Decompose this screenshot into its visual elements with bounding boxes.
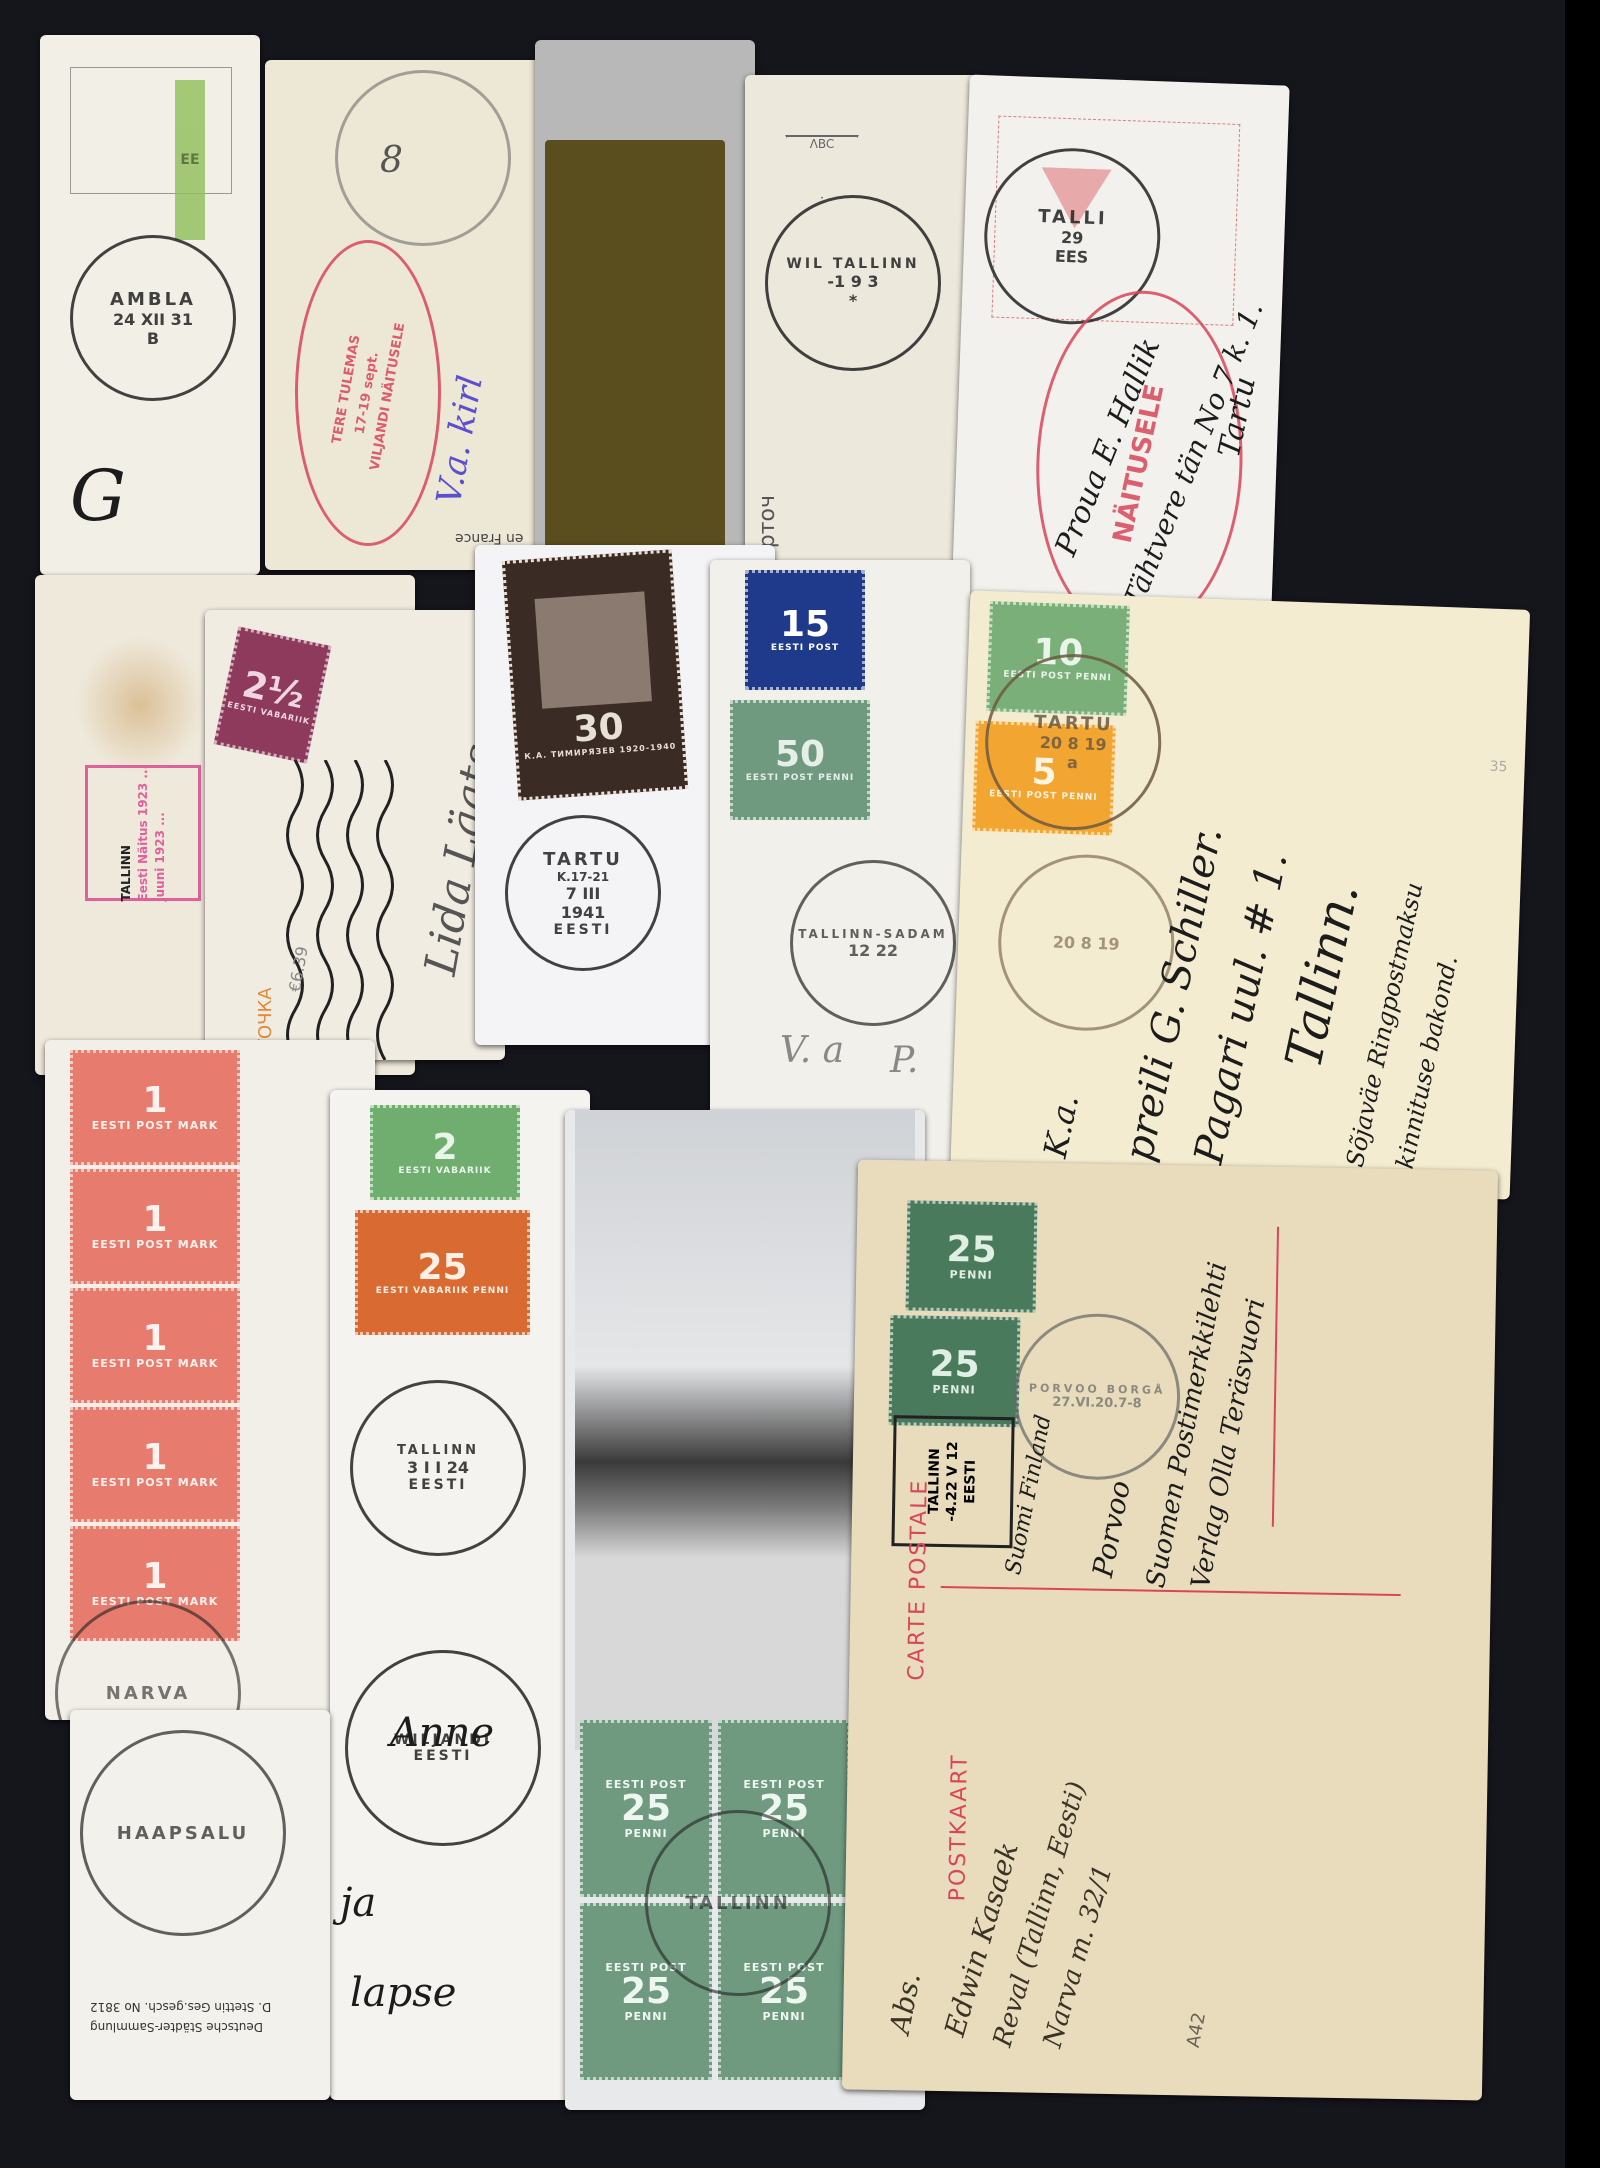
stamp-25-penni-1: 25 PENNI [906,1200,1038,1312]
address-line-porvoo: Porvoo [1086,1478,1137,1580]
pencil-a42: A42 [1183,2011,1210,2050]
address-rule-vertical [1272,1227,1279,1527]
pencil-p: P. [890,1040,918,1081]
postcard-haapsalu-print: HAAPSALU Deutsche Städter-Sammlung D. St… [70,1710,330,2100]
postmark-tallinn-sadam: TALLINN-SADAM 12 22 [790,860,956,1026]
machine-cancel-wavy [285,760,425,1060]
stamp-strip: 1EESTI POST MARK1EESTI POST MARK1EESTI P… [70,1050,240,1645]
postmark-faded [335,70,511,246]
stamp-1-mark: 1EESTI POST MARK [70,1050,240,1165]
address-ka: K.a. [1036,1091,1086,1161]
postmark-tallinn-1924: TALLINN 3 I I 24 EESTI [350,1380,526,1556]
stamp-timiryazev: 30 К.А. ТИМИРЯЗЕВ 1920-1940 [502,549,688,800]
stamp-25-penni-2: 25 PENNI [889,1315,1021,1427]
stamp-remnant: EE [175,80,205,240]
postcard-tartu-naitusele: TALLI 29 EES NÄITUSELE Proua E. Hallik T… [950,75,1289,646]
postcard-lida-laats: 2½ EESTI VABARIIK Lida Läats ТОЧКА €6.39 [205,610,505,1060]
postcard-postkaart: 25 PENNI 25 PENNI TALLINN -4.22 V 12 EES… [842,1159,1498,2100]
postmark-tartu-1941: TARTU K.17-21 7 III 1941 EESTI [505,815,661,971]
postmark-tallinn-block: TALLINN [645,1810,831,1996]
boxed-cachet-pink: TALLINN Eesti Näitus 1923 ... juuni 1923… [85,765,201,901]
postcard-schiller: 10 EESTI POST PENNI 5 EESTI POST PENNI T… [950,590,1530,1199]
handwriting-8: 8 [380,140,403,181]
olive-panel [545,140,725,600]
printed-carte-postale: CARTE POSTALE [904,1478,933,1680]
stamp-box-outline [70,67,232,194]
stamp-2-green: 2 EESTI VABARIIK [370,1105,520,1200]
handwriting-lapse: lapse [350,1970,456,2016]
handwriting-anne: Anne [390,1710,494,1756]
postmark-haapsalu: HAAPSALU [80,1730,286,1936]
handwriting: G [70,455,126,537]
handwriting-ja: ja [340,1880,376,1926]
pencil-va: V. a [780,1030,844,1071]
stamp-2-half: 2½ EESTI VABARIIK [214,626,332,763]
pencil-35: 35 [1489,759,1507,776]
postcard-olive [535,40,755,600]
printed-publisher-2: D. Stettin Ges.gesch. No 3812 [90,2000,271,2014]
cachet-viljandi: TERE TULEMAS 17-19 sept. VILJANDI NÄITUS… [295,240,441,546]
stamp-1-mark: 1EESTI POST MARK [70,1407,240,1522]
portrait [535,591,652,708]
triangle-mark: ΛBC [785,135,859,199]
postcard-wiljandi: 2 EESTI VABARIIK 25 EESTI VABARIIK PENNI… [330,1090,590,2100]
address-city: Tallinn. [1274,878,1370,1074]
postmark-tallinn: WIL TALLINN -1 9 3 * [765,195,941,371]
stamp-15-blue: 15 EESTI POST [745,570,865,690]
stamp-50-green: 50 EESTI POST PENNI [730,700,870,820]
postcard-tallinn-triangle: ΛBC WIL TALLINN -1 9 3 * карточ [745,75,985,605]
stamp-1-mark: 1EESTI POST MARK [70,1169,240,1284]
postmark-ambla: AMBLA 24 XII 31 B [70,235,236,401]
printed-publisher-1: Deutsche Städter-Sammlung [90,2020,263,2034]
sender-abs: Abs. [883,1970,927,2037]
stamp-1-mark: 1EESTI POST MARK [70,1288,240,1403]
postcard-viljandi: 8 TERE TULEMAS 17-19 sept. VILJANDI NÄIT… [265,60,565,570]
postcard-1-mark-strip: 1EESTI POST MARK1EESTI POST MARK1EESTI P… [45,1040,375,1720]
printed-postkaart: POSTKAART [945,1753,973,1901]
stamp-25-orange: 25 EESTI VABARIIK PENNI [355,1210,530,1335]
postcard-ambla: EE AMBLA 24 XII 31 B G [40,35,260,575]
stain [75,635,205,775]
printed-en-france: en France [455,530,524,546]
